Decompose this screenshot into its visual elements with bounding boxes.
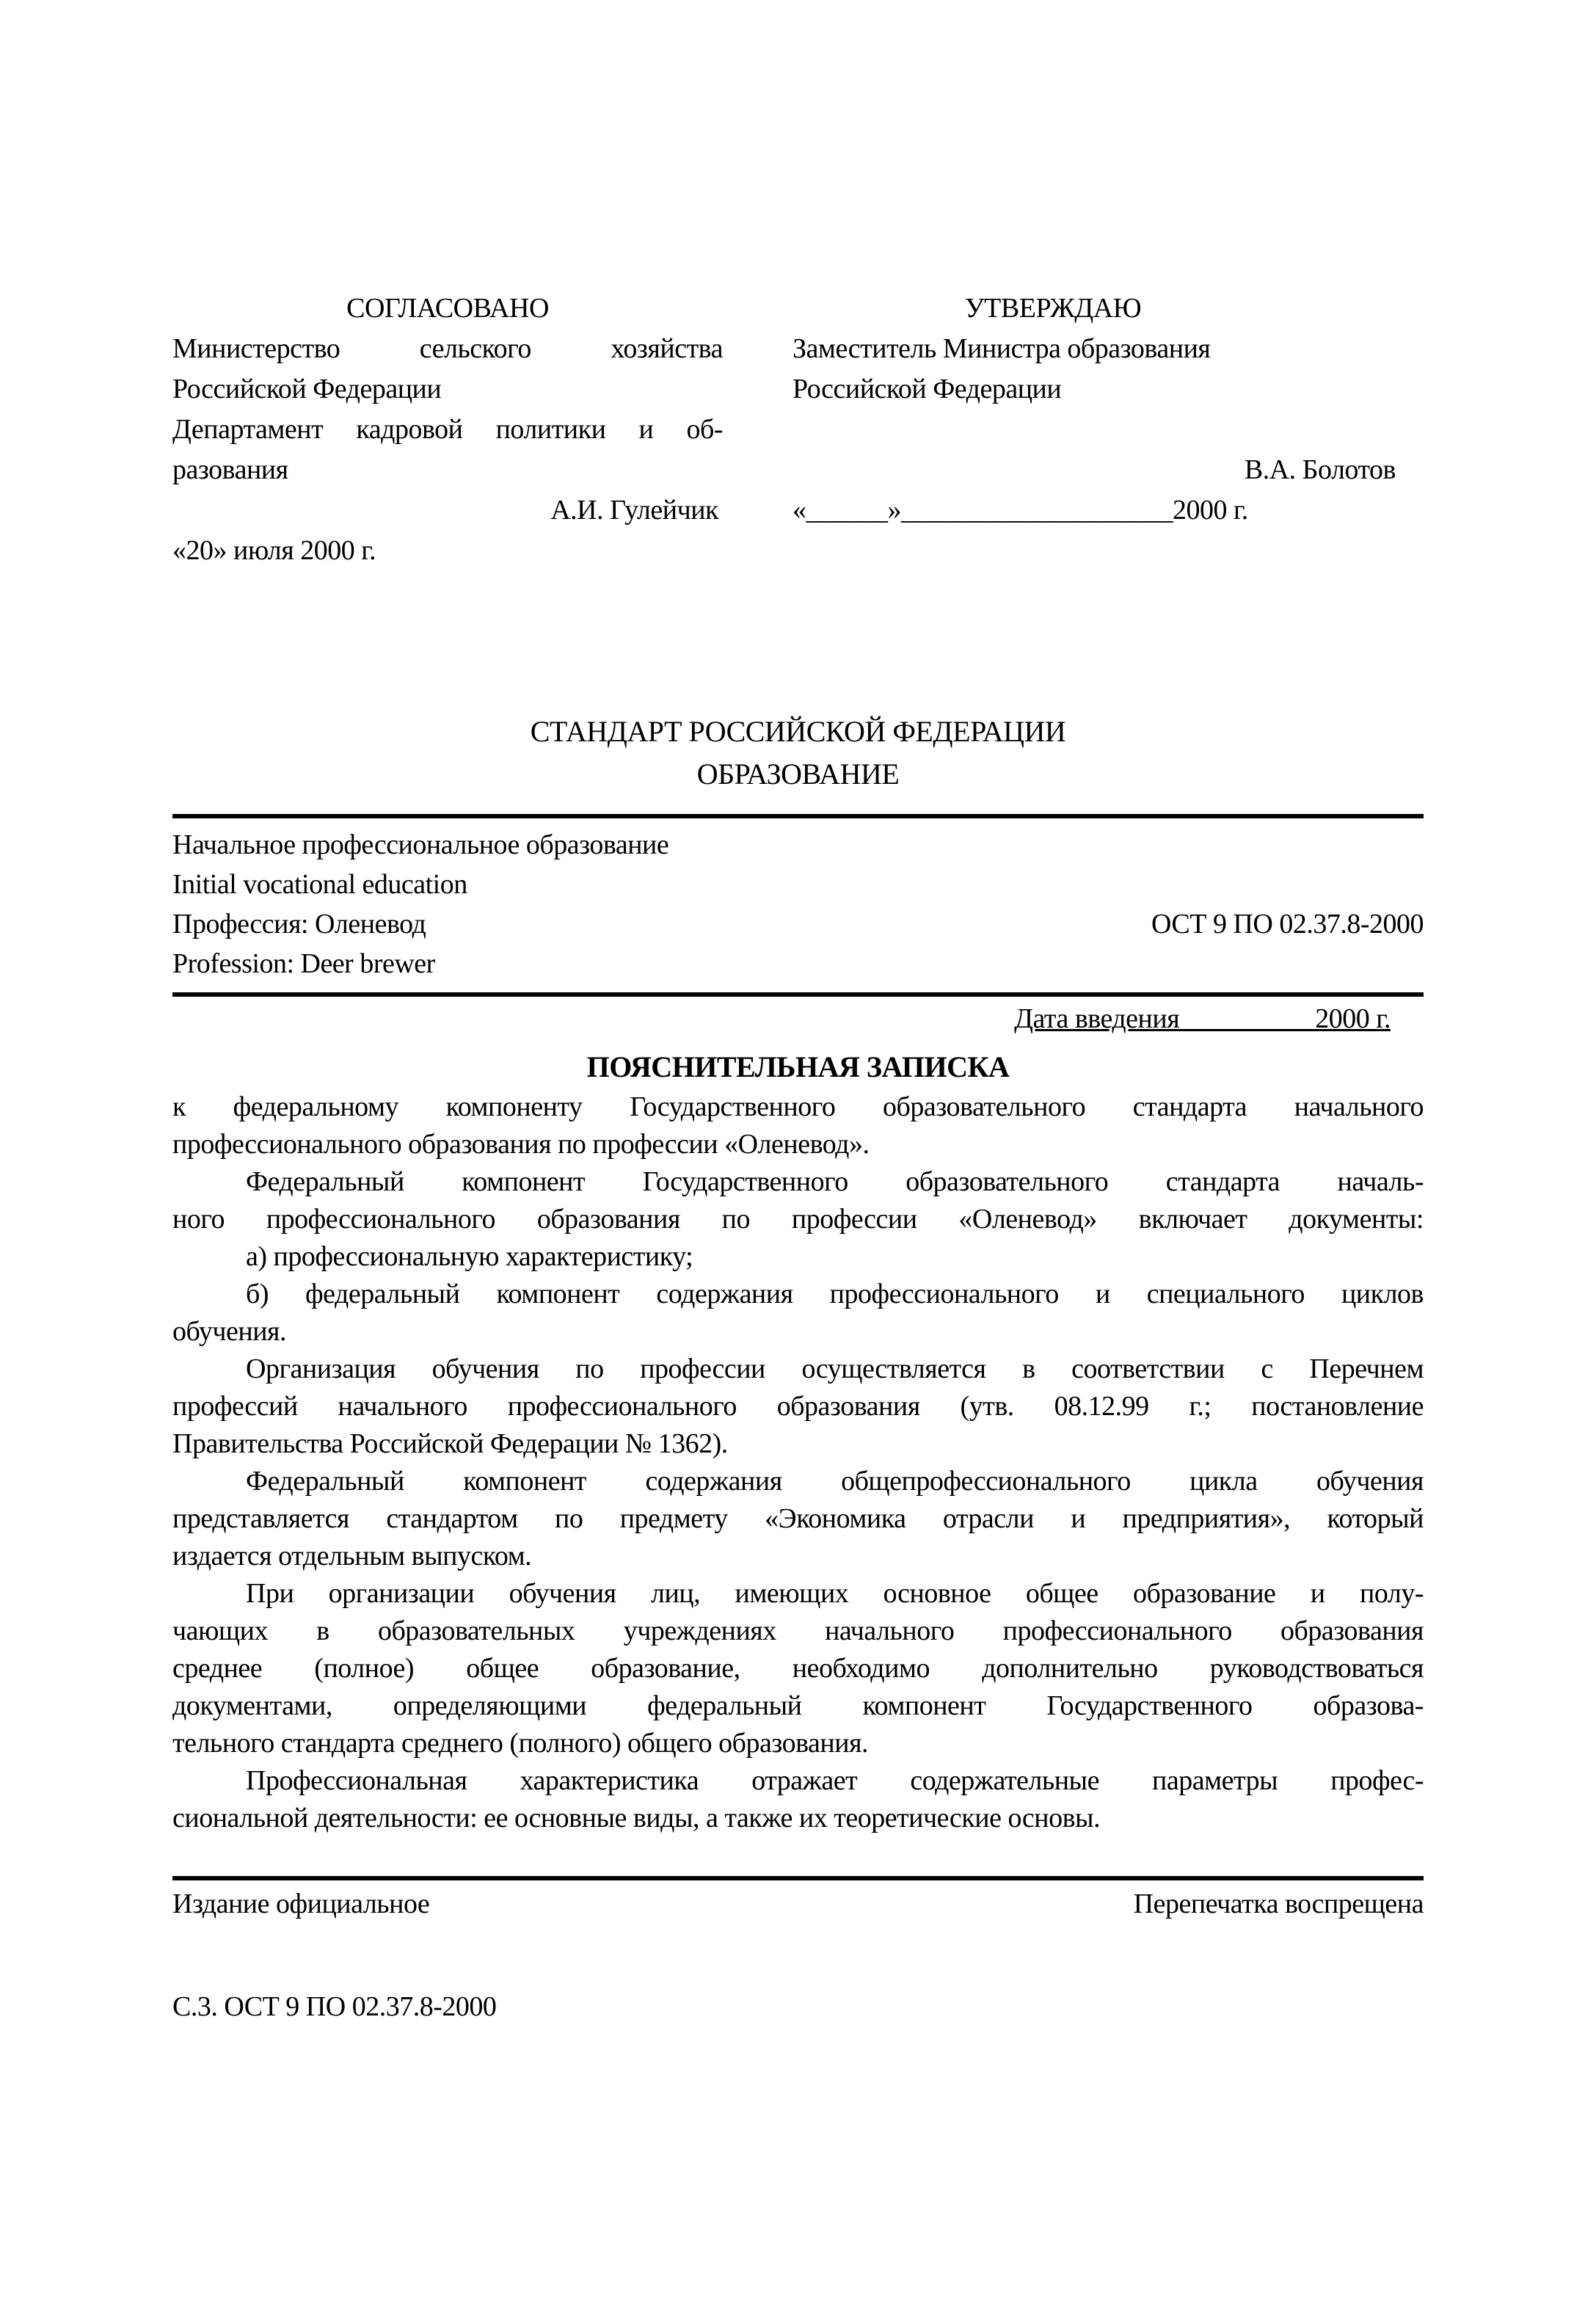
note-title: ПОЯСНИТЕЛЬНАЯ ЗАПИСКА [172, 1050, 1424, 1084]
approved-heading: УТВЕРЖДАЮ [792, 288, 1424, 329]
agreed-org-line: Министерство сельского хозяйства [172, 329, 723, 369]
approved-org-line: Российской Федерации [792, 369, 1424, 410]
approval-left-column: СОГЛАСОВАНО Министерство сельского хозяй… [172, 288, 723, 571]
body-line: чающих в образовательных учреждениях нач… [172, 1613, 1424, 1650]
standard-info-block: Начальное профессиональное образование I… [172, 825, 1424, 984]
body-line: издается отдельным выпуском. [172, 1538, 1424, 1575]
standard-heading: СТАНДАРТ РОССИЙСКОЙ ФЕДЕРАЦИИ ОБРАЗОВАНИ… [172, 710, 1424, 796]
official-edition-label: Издание официальное [172, 1888, 429, 1920]
introduction-date-line: Дата введения__________2000 г. [172, 1003, 1424, 1035]
body-line: тельного стандарта среднего (полного) об… [172, 1725, 1424, 1762]
body-line: документами, определяющими федеральный к… [172, 1687, 1424, 1725]
body-line: Правительства Российской Федерации № 136… [172, 1425, 1424, 1463]
body-line: Федеральный компонент содержания общепро… [172, 1463, 1424, 1500]
footer-line: Издание официальное Перепечатка воспреще… [172, 1888, 1424, 1920]
body-line: При организации обучения лиц, имеющих ос… [172, 1575, 1424, 1613]
approval-right-column: УТВЕРЖДАЮ Заместитель Министра образован… [792, 288, 1424, 531]
agreed-signature-name: А.И. Гулейчик [172, 490, 723, 531]
body-line: профессий начального профессионального о… [172, 1388, 1424, 1425]
body-line: Профессиональная характеристика отражает… [172, 1762, 1424, 1800]
standard-heading-line: СТАНДАРТ РОССИЙСКОЙ ФЕДЕРАЦИИ [172, 710, 1424, 753]
approved-date-blank: «______»____________________2000 г. [792, 490, 1424, 531]
body-line: сиональной деятельности: ее основные вид… [172, 1800, 1424, 1837]
explanatory-note-body: к федеральному компоненту Государственно… [172, 1088, 1424, 1837]
body-line: представляется стандартом по предмету «Э… [172, 1500, 1424, 1538]
agreed-date: «20» июля 2000 г. [172, 531, 723, 571]
page-reference: С.3. ОСТ 9 ПО 02.37.8-2000 [172, 1991, 1424, 2023]
body-line: Организация обучения по профессии осущес… [172, 1351, 1424, 1388]
body-line: Федеральный компонент Государственного о… [172, 1163, 1424, 1201]
profession-ru: Профессия: Оленевод [172, 904, 426, 944]
profession-en: Profession: Deer brewer [172, 944, 1424, 984]
body-line: б) федеральный компонент содержания проф… [172, 1276, 1424, 1313]
horizontal-rule [172, 1876, 1424, 1880]
introduction-date-text: Дата введения__________2000 г. [1014, 1003, 1391, 1034]
document-page: СОГЛАСОВАНО Министерство сельского хозяй… [0, 0, 1596, 2312]
spacer [792, 410, 1424, 450]
education-level-ru: Начальное профессиональное образование [172, 825, 1424, 865]
horizontal-rule [172, 992, 1424, 997]
body-line: к федеральному компоненту Государственно… [172, 1088, 1424, 1126]
education-level-en: Initial vocational education [172, 865, 1424, 904]
body-line: ного профессионального образования по пр… [172, 1201, 1424, 1238]
body-line: обучения. [172, 1313, 1424, 1351]
body-line: среднее (полное) общее образование, необ… [172, 1650, 1424, 1687]
profession-row: Профессия: Оленевод ОСТ 9 ПО 02.37.8-200… [172, 904, 1424, 944]
agreed-heading: СОГЛАСОВАНО [172, 288, 723, 329]
agreed-org-line: разования [172, 450, 723, 490]
reprint-forbidden-label: Перепечатка воспрещена [1134, 1888, 1424, 1920]
standard-heading-line: ОБРАЗОВАНИЕ [172, 753, 1424, 796]
agreed-org-line: Департамент кадровой политики и об- [172, 410, 723, 450]
agreed-org-line: Российской Федерации [172, 369, 723, 410]
horizontal-rule [172, 814, 1424, 818]
body-line: а) профессиональную характеристику; [172, 1238, 1424, 1276]
standard-code: ОСТ 9 ПО 02.37.8-2000 [1151, 904, 1424, 944]
approved-signature-name: В.А. Болотов [792, 450, 1424, 490]
body-line: профессионального образования по професс… [172, 1126, 1424, 1163]
approved-org-line: Заместитель Министра образования [792, 329, 1424, 369]
